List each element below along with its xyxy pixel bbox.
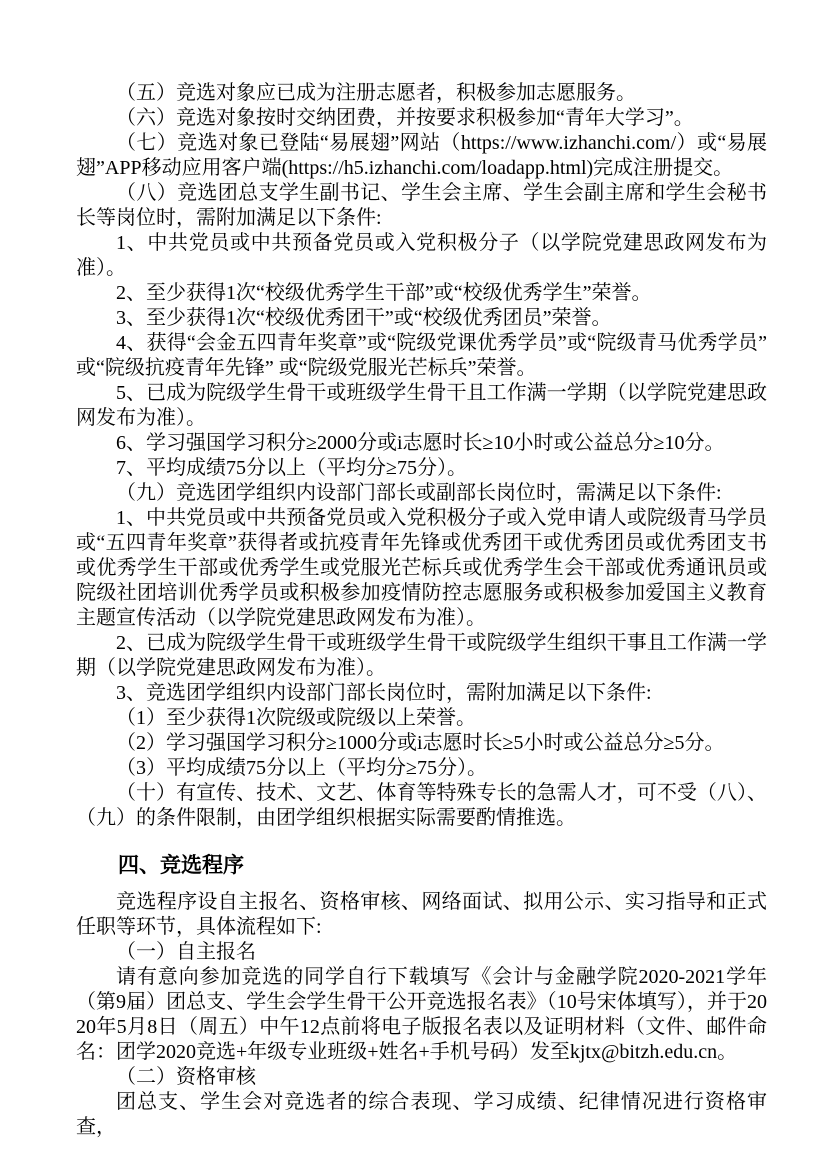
clause-8-sub-2: 2、至少获得1次“校级优秀学生干部”或“校级优秀学生”荣誉。 [76,281,767,306]
clause-6: （六）竞选对象按时交纳团费，并按要求积极参加“青年大学习”。 [76,106,767,131]
clause-9-sub-3-item-3: （3）平均成绩75分以上（平均分≥75分）。 [76,756,767,781]
clause-9-sub-1: 1、中共党员或中共预备党员或入党积极分子或入党申请人或院级青马学员或“五四青年奖… [76,506,767,631]
clause-9-sub-3-item-2: （2）学习强国学习积分≥1000分或i志愿时长≥5小时或公益总分≥5分。 [76,731,767,756]
clause-8-sub-3: 3、至少获得1次“校级优秀团干”或“校级优秀团员”荣誉。 [76,306,767,331]
section-heading-procedure: 四、竞选程序 [76,853,767,878]
step-1-heading: （一）自主报名 [76,940,767,965]
clause-8-sub-5: 5、已成为院级学生骨干或班级学生骨干且工作满一学期（以学院党建思政网发布为准）。 [76,381,767,431]
document-page: （五）竞选对象应已成为注册志愿者，积极参加志愿服务。 （六）竞选对象按时交纳团费… [0,0,827,1169]
step-1-body: 请有意向参加竞选的同学自行下载填写《会计与金融学院2020-2021学年（第9届… [76,965,767,1065]
clause-5: （五）竞选对象应已成为注册志愿者，积极参加志愿服务。 [76,81,767,106]
clause-8: （八）竞选团总支学生副书记、学生会主席、学生会副主席和学生会秘书长等岗位时，需附… [76,181,767,231]
procedure-intro: 竞选程序设自主报名、资格审核、网络面试、拟用公示、实习指导和正式任职等环节，具体… [76,890,767,940]
clause-10: （十）有宣传、技术、文艺、体育等特殊专长的急需人才，可不受（八）、（九）的条件限… [76,781,767,831]
clause-9: （九）竞选团学组织内设部门部长或副部长岗位时，需满足以下条件: [76,481,767,506]
clause-7: （七）竞选对象已登陆“易展翅”网站（https://www.izhanchi.c… [76,131,767,181]
clause-9-sub-3: 3、竞选团学组织内设部门部长岗位时，需附加满足以下条件: [76,681,767,706]
step-2-heading: （二）资格审核 [76,1065,767,1090]
clause-9-sub-3-item-1: （1）至少获得1次院级或院级以上荣誉。 [76,706,767,731]
clause-8-sub-4: 4、获得“会金五四青年奖章”或“院级党课优秀学员”或“院级青马优秀学员”或“院级… [76,331,767,381]
clause-8-sub-6: 6、学习强国学习积分≥2000分或i志愿时长≥10小时或公益总分≥10分。 [76,431,767,456]
clause-9-sub-2: 2、已成为院级学生骨干或班级学生骨干或院级学生组织干事且工作满一学期（以学院党建… [76,631,767,681]
clause-8-sub-1: 1、中共党员或中共预备党员或入党积极分子（以学院党建思政网发布为准）。 [76,231,767,281]
step-2-body: 团总支、学生会对竞选者的综合表现、学习成绩、纪律情况进行资格审查， [76,1090,767,1140]
clause-8-sub-7: 7、平均成绩75分以上（平均分≥75分）。 [76,456,767,481]
